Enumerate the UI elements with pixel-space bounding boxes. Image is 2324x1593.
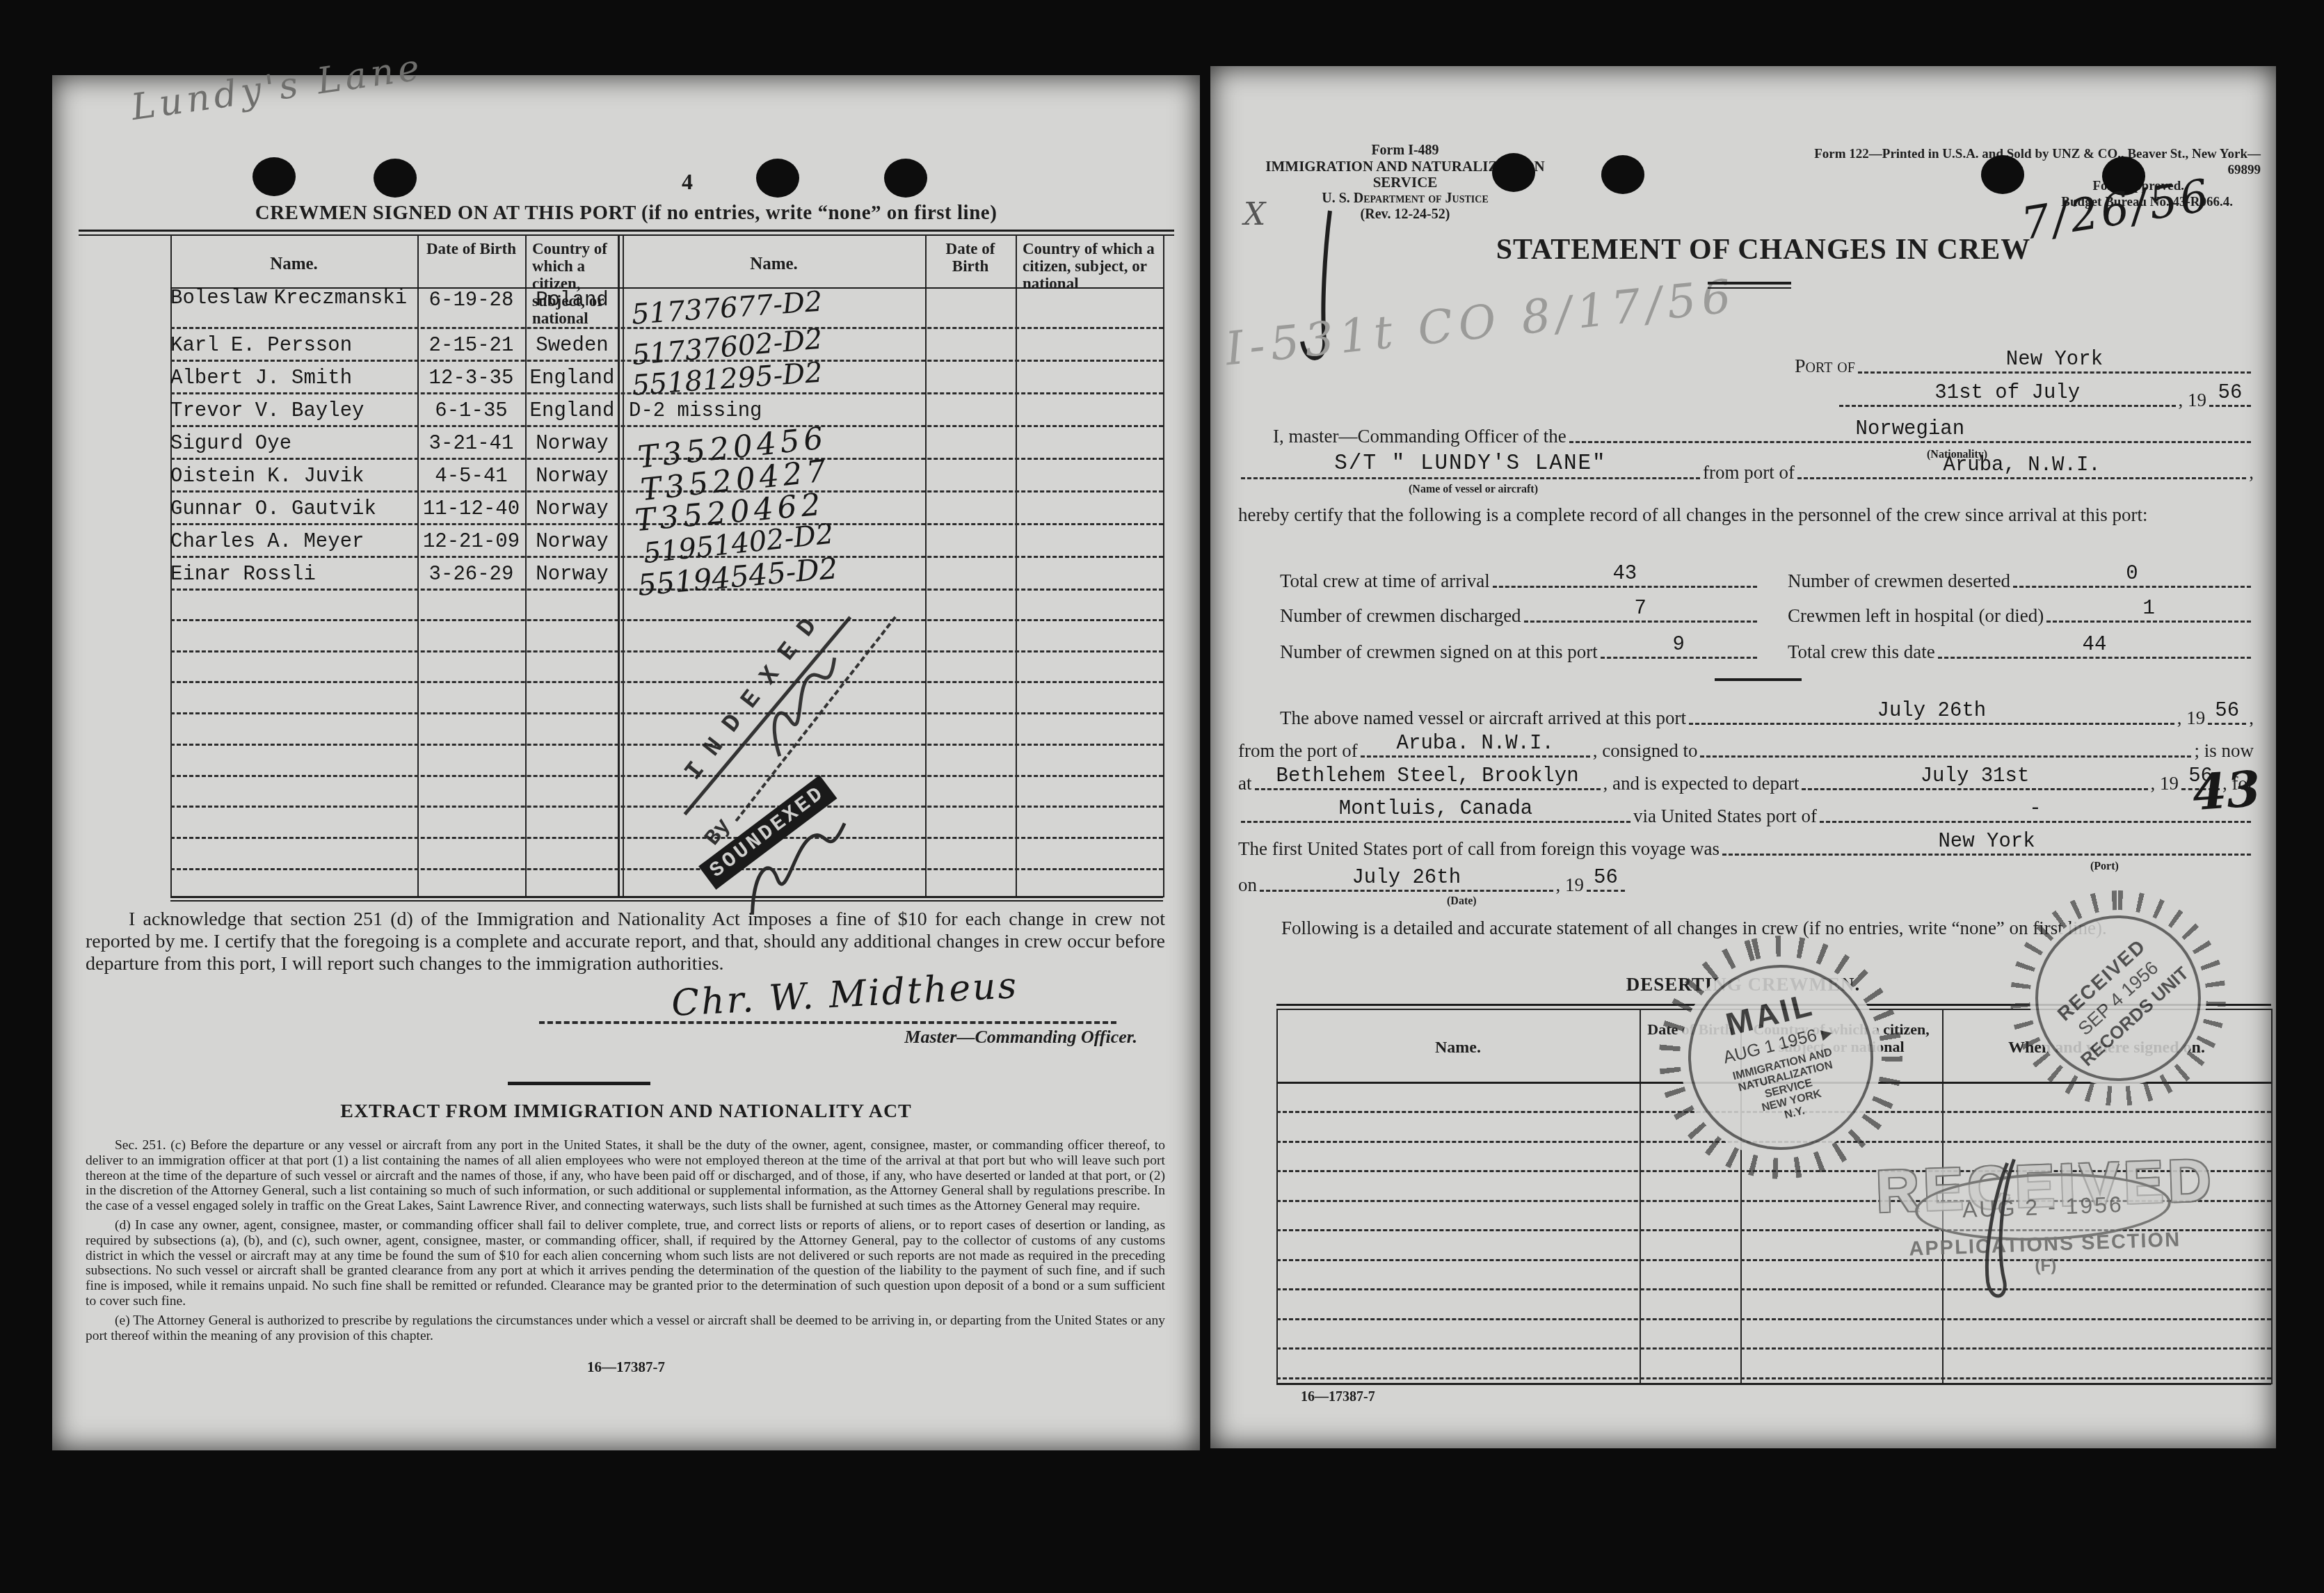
stat-value: 43 — [1493, 563, 1757, 584]
via-value: - — [1820, 799, 2251, 819]
depart-date-field: July 31st — [1802, 788, 2147, 790]
col-header-dob: Date of Birth — [419, 240, 524, 257]
master-label: I, master—Commanding Officer of the — [1273, 426, 1566, 446]
handwritten-page-count: 43 — [2190, 760, 2262, 822]
page-number: 4 — [682, 169, 693, 195]
date-field: 31st of July — [1839, 405, 2176, 407]
stat-value: 44 — [1938, 634, 2251, 655]
scanned-document: Lundy's Lane 4 CREWMEN SIGNED ON AT THIS… — [0, 0, 2324, 1593]
consigned-field — [1700, 755, 2191, 758]
year-value: 56 — [2209, 383, 2251, 403]
port-field: New York — [1858, 371, 2251, 374]
col-header-dob2: Date of Birth — [927, 240, 1014, 275]
table-row: Charles A. Meyer 12-21-09 Norway 5195140… — [170, 523, 1163, 558]
crew-dob: 6-19-28 — [417, 289, 525, 327]
stat-field: 43 — [1493, 586, 1757, 588]
date-value: 31st of July — [1839, 383, 2176, 403]
stat-value: 1 — [2046, 598, 2251, 619]
via-label: via United States port of — [1633, 806, 1817, 826]
arrival-line-6: on July 26th , 19 56 — [1238, 863, 1628, 895]
signature-line — [539, 1021, 1116, 1024]
arrival-line-2: from the port of Aruba. N.W.I. , consign… — [1238, 728, 2254, 760]
punch-hole — [756, 159, 799, 198]
extract-paragraph-d: (d) In case any owner, agent, consignee,… — [86, 1218, 1165, 1309]
received-records-stamp: RECEIVED SEP 4 1956 RECORDS UNIT — [2010, 890, 2226, 1106]
destination-value: Montluis, Canada — [1241, 799, 1630, 819]
handwritten-vessel-note: Lundy's Lane — [129, 47, 426, 129]
crew-name: Charles A. Meyer — [170, 523, 417, 556]
col-header-name2: Name. — [623, 255, 925, 274]
consigned-label: , consigned to — [1593, 741, 1698, 760]
stat-row: Number of crewmen signed on at this port… — [1280, 631, 1760, 662]
crew-name: Gunnar O. Gautvik — [170, 490, 417, 523]
table-row: Trevor V. Bayley 6-1-35 England D-2 miss… — [170, 392, 1163, 427]
crew-dob: 6-1-35 — [417, 392, 525, 425]
table-row: Karl E. Persson 2-15-21 Sweden 51737602-… — [170, 327, 1163, 362]
nationality-value: Norwegian — [1569, 419, 2251, 440]
crew-name: Oistein K. Juvik — [170, 458, 417, 490]
signature-caption: Master—Commanding Officer. — [769, 1027, 1137, 1048]
year-value: 56 — [2208, 701, 2246, 721]
year-field: 56 — [2208, 723, 2246, 725]
punch-hole — [884, 159, 927, 198]
first-port-label: The first United States port of call fro… — [1238, 839, 1720, 858]
vessel-value: S/T " LUNDY'S LANE" — [1241, 453, 1700, 476]
year-prefix: , 19 — [2151, 774, 2179, 793]
pencil-scribble-icon — [1951, 1150, 2082, 1307]
from-port-field: Aruba. N.W.I. — [1361, 755, 1590, 758]
depart-date-value: July 31st — [1802, 766, 2147, 787]
col-header-name: Name. — [170, 255, 417, 274]
year-prefix: , 19 — [1556, 875, 1585, 895]
year-field: 56 — [1587, 890, 1625, 892]
destination-field: Montluis, Canada — [1241, 821, 1630, 823]
crew-country: Norway — [525, 458, 619, 490]
extract-paragraph-e: (e) The Attorney General is authorized t… — [86, 1313, 1165, 1344]
crew-name: Einar Rossli — [170, 556, 417, 589]
stat-field: 7 — [1524, 621, 1757, 623]
arrival-line-4: Montluis, Canada via United States port … — [1238, 794, 2254, 826]
line-tail: , — [2249, 708, 2254, 728]
from-port-label: from port of — [1703, 463, 1795, 482]
arrival-line-3: at Bethlehem Steel, Brooklyn , and is ex… — [1238, 761, 2254, 793]
stat-label: Number of crewmen signed on at this port — [1280, 642, 1598, 662]
vessel-caption: (Name of vessel or aircraft) — [1409, 483, 1538, 496]
crew-country: Norway — [525, 425, 619, 458]
form-revision: (Rev. 12-24-52) — [1238, 207, 1572, 223]
now-at-field: Bethlehem Steel, Brooklyn — [1255, 788, 1601, 790]
crew-name: Albert J. Smith — [170, 360, 417, 392]
first-port-field: New York — [1722, 854, 2251, 856]
stat-row: Total crew at time of arrival 43 — [1280, 560, 1760, 591]
crew-dob: 3-26-29 — [417, 556, 525, 589]
from-port-field: Aruba, N.W.I. — [1797, 477, 2246, 479]
stat-row: Number of crewmen deserted 0 — [1788, 560, 2254, 591]
crew-country: Poland — [525, 289, 619, 327]
year-value: 56 — [1587, 867, 1625, 888]
master-line: I, master—Commanding Officer of the Norw… — [1273, 414, 2254, 446]
punch-hole — [374, 159, 417, 198]
stat-field: 44 — [1938, 657, 2251, 659]
stat-label: Number of crewmen discharged — [1280, 606, 1521, 625]
table-row: Einar Rossli 3-26-29 Norway 55194545-D2 — [170, 556, 1163, 591]
crew-name: Karl E. Persson — [170, 327, 417, 360]
extract-title: EXTRACT FROM IMMIGRATION AND NATIONALITY… — [52, 1100, 1200, 1123]
table-row: Boleslaw Kreczmanski 6-19-28 Poland 5173… — [170, 289, 1163, 329]
crew-country: Norway — [525, 523, 619, 556]
form-footer-number: 16—17387-7 — [1301, 1389, 1375, 1405]
year-prefix: , 19 — [2179, 390, 2207, 410]
crew-dob: 2-15-21 — [417, 327, 525, 360]
vessel-line: S/T " LUNDY'S LANE" from port of Aruba, … — [1238, 450, 2254, 482]
stat-label: Total crew at time of arrival — [1280, 571, 1490, 591]
extract-paragraph-c: Sec. 251. (c) Before the departure or an… — [86, 1138, 1165, 1214]
crew-name: Boleslaw Kreczmanski — [170, 289, 417, 327]
on-label: on — [1238, 875, 1257, 895]
stat-value: 0 — [2013, 563, 2251, 584]
table-row: Albert J. Smith 12-3-35 England 55181295… — [170, 360, 1163, 394]
year-prefix: , 19 — [2177, 708, 2206, 728]
section-title: CREWMEN SIGNED ON AT THIS PORT (if no en… — [52, 202, 1200, 225]
crew-country: Norway — [525, 490, 619, 523]
crew-dob: 11-12-40 — [417, 490, 525, 523]
col-header-name: Name. — [1276, 1039, 1640, 1057]
stat-row: Total crew this date 44 — [1788, 631, 2254, 662]
arrow-right-icon: ▶ — [1820, 1025, 1834, 1042]
crew-country: England — [525, 360, 619, 392]
statement-date-line: 31st of July , 19 56 — [1836, 378, 2254, 410]
table-row: Gunnar O. Gautvik 11-12-40 Norway T35204… — [170, 490, 1163, 525]
arrival-line-5: The first United States port of call fro… — [1238, 826, 2254, 858]
crew-dob: 4-5-41 — [417, 458, 525, 490]
crew-name: Sigurd Oye — [170, 425, 417, 458]
via-field: - — [1820, 821, 2251, 823]
crew-country: England — [525, 392, 619, 425]
certify-text: hereby certify that the following is a c… — [1238, 503, 2255, 527]
extract-body: Sec. 251. (c) Before the departure or an… — [86, 1138, 1165, 1347]
table-row: Sigurd Oye 3-21-41 Norway T3520456 — [170, 425, 1163, 460]
page-title: STATEMENT OF CHANGES IN CREW — [1475, 233, 2052, 266]
crew-country: Norway — [525, 556, 619, 589]
punch-hole — [1492, 153, 1535, 192]
from-port-tail: , — [2249, 463, 2254, 482]
now-at-value: Bethlehem Steel, Brooklyn — [1255, 766, 1601, 787]
crew-country: Sweden — [525, 327, 619, 360]
stat-label: Crewmen left in hospital (or died) — [1788, 606, 2044, 625]
stat-label: Total crew this date — [1788, 642, 1935, 662]
left-page: Lundy's Lane 4 CREWMEN SIGNED ON AT THIS… — [52, 75, 1200, 1450]
stat-label: Number of crewmen deserted — [1788, 571, 2010, 591]
from-port-value: Aruba. N.W.I. — [1361, 733, 1590, 754]
arrival-label: The above named vessel or aircraft arriv… — [1280, 708, 1686, 728]
col-header-country2: Country of which a citizen, subject, or … — [1023, 240, 1159, 292]
title-underline — [1708, 282, 1791, 285]
port-label: Port of — [1795, 356, 1855, 376]
arrival-date-field: July 26th — [1689, 723, 2174, 725]
punch-hole — [1601, 155, 1644, 194]
section-divider — [1715, 678, 1802, 681]
punch-hole — [253, 157, 296, 196]
from-port-value: Aruba, N.W.I. — [1797, 455, 2246, 476]
section-divider — [508, 1082, 650, 1085]
port-caption: (Port) — [2090, 860, 2119, 873]
crew-name: Trevor V. Bayley — [170, 392, 417, 425]
crew-dob: 12-3-35 — [417, 360, 525, 392]
line-tail: ; is now — [2194, 741, 2254, 760]
on-date-value: July 26th — [1260, 867, 1553, 888]
stat-value: 9 — [1601, 634, 1757, 655]
agency-dept: U. S. Department of Justice — [1238, 191, 1572, 207]
date-caption: (Date) — [1447, 895, 1477, 908]
crew-dob: 12-21-09 — [417, 523, 525, 556]
stat-field: 9 — [1601, 657, 1757, 659]
year-field: 56 — [2209, 405, 2251, 407]
right-page: Form I-489 IMMIGRATION AND NATURALIZATIO… — [1210, 66, 2276, 1448]
arrival-date-value: July 26th — [1689, 701, 2174, 721]
first-port-value: New York — [1722, 831, 2251, 852]
table-row: Oistein K. Juvik 4-5-41 Norway T3520427 — [170, 458, 1163, 493]
pencil-x-mark: X — [1244, 197, 1265, 232]
stat-row: Crewmen left in hospital (or died) 1 — [1788, 595, 2254, 625]
vessel-field: S/T " LUNDY'S LANE" — [1241, 477, 1700, 479]
from-port-label: from the port of — [1238, 741, 1358, 760]
depart-label: , and is expected to depart — [1603, 774, 1800, 793]
on-date-field: July 26th — [1260, 890, 1553, 892]
stat-value: 7 — [1524, 598, 1757, 619]
stat-row: Number of crewmen discharged 7 — [1280, 595, 1760, 625]
arrival-line-1: The above named vessel or aircraft arriv… — [1280, 696, 2254, 728]
stat-field: 0 — [2013, 586, 2251, 588]
stat-field: 1 — [2046, 621, 2251, 623]
port-line: Port of New York — [1795, 344, 2254, 376]
nationality-field: Norwegian — [1569, 441, 2251, 443]
punch-hole — [1981, 155, 2024, 194]
port-value: New York — [1858, 349, 2251, 370]
at-label: at — [1238, 774, 1252, 793]
applications-stamp: RECEIVED AUG 2 - 1956 APPLICATIONS SECTI… — [1875, 1153, 2215, 1345]
crew-dob: 3-21-41 — [417, 425, 525, 458]
form-footer-number: 16—17387-7 — [52, 1359, 1200, 1376]
